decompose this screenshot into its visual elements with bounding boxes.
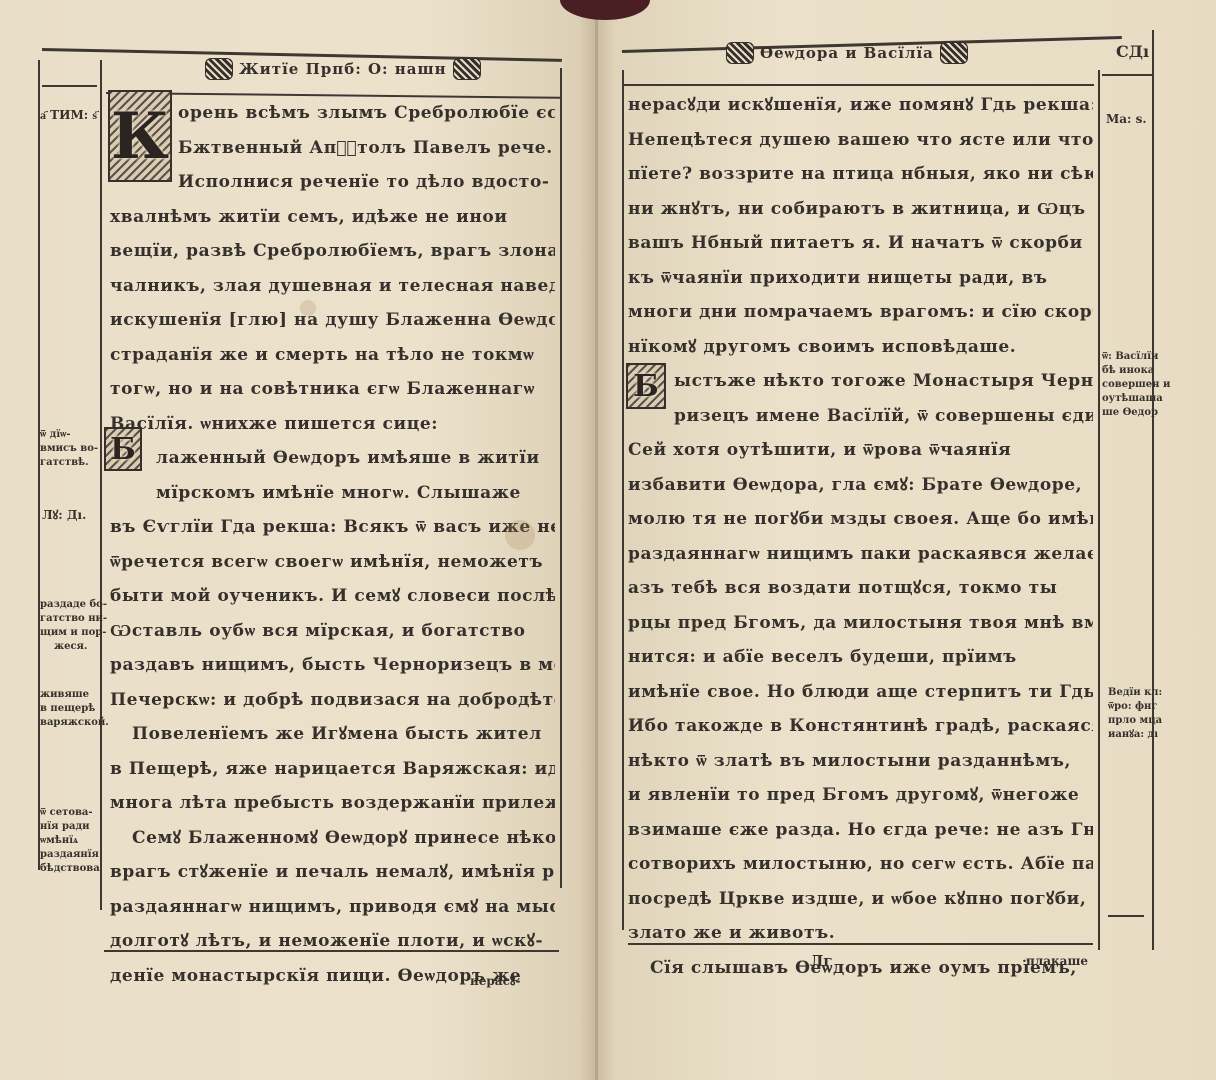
book-spread: Житїе Прпб: О: нашн а҃ ТИМ: ѕ҃ К Б орень… bbox=[0, 0, 1216, 1080]
text-end-rule bbox=[628, 943, 1093, 945]
margin-divider bbox=[1098, 70, 1100, 950]
text-line: Бжтвенный Апⷭ҇толъ Павелъ рече. bbox=[110, 131, 555, 166]
text-line: вашъ Нбный питаетъ я. И начатъ ѿ скорби bbox=[628, 226, 1093, 261]
left-text-column: орень всѣмъ злымъ Сребролюбїе єсть, Бжтв… bbox=[110, 96, 555, 993]
text-line: молю тя не погꙋби мзды своея. Аще бо имѣ… bbox=[628, 502, 1093, 537]
margin-note: ѿ: Васїлїи бѣ инока совершен и оутѣшаша … bbox=[1102, 350, 1170, 420]
text-line: Васїлїя. ѡнихже пишется сице: bbox=[110, 407, 555, 442]
margin-end-rule bbox=[1108, 915, 1144, 917]
text-line: ризецъ имене Васїлїй, ѿ совершены єди- bbox=[628, 399, 1093, 434]
running-header-text: Житїе Прпб: О: нашн bbox=[239, 60, 447, 78]
running-header-text: Ѳеѡдора и Васїлїа bbox=[760, 44, 934, 63]
text-line: пїете? воззрите на птица нбныя, яко ни с… bbox=[628, 157, 1093, 192]
margin-note: Ма: ѕ. bbox=[1106, 112, 1147, 126]
frame-right bbox=[1152, 30, 1154, 950]
text-line: чалникъ, злая душевная и телесная наведе… bbox=[110, 269, 555, 304]
text-line: Ѡставль оубѡ вся мїрская, и богатство bbox=[110, 614, 555, 649]
catchword: нерасꙋ- bbox=[470, 972, 521, 989]
folio-number: СДı bbox=[1116, 42, 1149, 61]
margin-note: Ведїи кл: ѿро: фнг прло мца ианꙋа: дı bbox=[1108, 686, 1162, 742]
text-line: Повеленїемъ же Игꙋмена бысть жител bbox=[110, 717, 555, 752]
text-line: Семꙋ Блаженномꙋ Ѳеѡдорꙋ принесе нѣкогда bbox=[110, 821, 555, 856]
text-line: лаженный Ѳеѡдоръ имѣяше в житїи bbox=[110, 441, 555, 476]
text-line: многи дни помрачаемъ врагомъ: и сїю скор… bbox=[628, 295, 1093, 330]
frame-right bbox=[560, 68, 562, 888]
text-line: рцы пред Бгомъ, да милостыня твоя мнѣ вм… bbox=[628, 606, 1093, 641]
text-line: Сей хотя оутѣшити, и ѿрова ѿчаянїя bbox=[628, 433, 1093, 468]
headpiece-ornament-icon bbox=[205, 58, 233, 80]
frame-left bbox=[622, 70, 624, 930]
text-line: Ибо такожде в Констянтинѣ градѣ, раскаяс… bbox=[628, 709, 1093, 744]
text-line: посредѣ Цркве издше, и ѡбое кꙋпно погꙋби… bbox=[628, 882, 1093, 917]
margin-rule bbox=[42, 85, 97, 87]
text-line: орень всѣмъ злымъ Сребролюбїе єсть, bbox=[110, 96, 555, 131]
text-line: въ Єѵглїи Гда рекша: Всякъ ѿ васъ иже не… bbox=[110, 510, 555, 545]
text-line: злато же и животъ. bbox=[628, 916, 1093, 951]
text-line: Исполнися реченїе то дѣло вдосто- bbox=[110, 165, 555, 200]
catchword: плакаше bbox=[1026, 954, 1088, 968]
text-line: нится: и абїе веселъ будеши, прїимъ bbox=[628, 640, 1093, 675]
headpiece-ornament-icon bbox=[726, 42, 754, 64]
text-line: многа лѣта пребысть воздержанїи прилежа. bbox=[110, 786, 555, 821]
right-text-column: нерасꙋди искꙋшенїя, иже помянꙋ Гдь рекша… bbox=[628, 88, 1093, 985]
text-line: вещїи, развѣ Сребролюбїемъ, врагъ злона- bbox=[110, 234, 555, 269]
text-line: ыстъже нѣкто тогоже Монастыря Черно- bbox=[628, 364, 1093, 399]
text-line: Непецѣтеся душею вашею что ясте или что bbox=[628, 123, 1093, 158]
header-rule-bottom bbox=[624, 84, 1094, 86]
text-line: къ ѿчаянїи приходити нищеты ради, въ bbox=[628, 261, 1093, 296]
text-line: избавити Ѳеѡдора, гла ємꙋ: Брате Ѳеѡдоре… bbox=[628, 468, 1093, 503]
text-line: искушенїя [глю] на душу Блаженна Ѳеѡдора… bbox=[110, 303, 555, 338]
text-line: ѿречется всегѡ своегѡ имѣнїя, неможетъ bbox=[110, 545, 555, 580]
text-line: хвалнѣмъ житїи семъ, идѣже не инои bbox=[110, 200, 555, 235]
text-line: страданїя же и смерть на тѣло не токмѡ bbox=[110, 338, 555, 373]
margin-note: ѿ дїѡ- вмисъ во- гатствѣ. bbox=[40, 428, 98, 470]
text-line: раздаяннагѡ нищимъ, приводя ємꙋ на мысль bbox=[110, 890, 555, 925]
margin-note: живяше в пещерѣ варяжской. bbox=[40, 688, 109, 730]
printers-signature: Лг bbox=[810, 952, 832, 970]
text-line: нерасꙋди искꙋшенїя, иже помянꙋ Гдь рекша… bbox=[628, 88, 1093, 123]
headpiece-ornament-icon bbox=[940, 42, 968, 64]
text-line: врагъ стꙋженїе и печаль немалꙋ, имѣнїя р… bbox=[110, 855, 555, 890]
left-page: Житїе Прпб: О: нашн а҃ ТИМ: ѕ҃ К Б орень… bbox=[0, 0, 596, 1080]
text-line: взимаше єже разда. Но єгда рече: не азъ … bbox=[628, 813, 1093, 848]
text-line: долготꙋ лѣтъ, и неможенїе плоти, и ѡскꙋ- bbox=[110, 924, 555, 959]
text-line: нїкомꙋ другомъ своимъ исповѣдаше. bbox=[628, 330, 1093, 365]
text-line: Сїя слышавъ Ѳеѡдоръ иже оумъ прїемъ, bbox=[628, 951, 1093, 986]
text-line: Печерскѡ: и добрѣ подвизася на добродѣте… bbox=[110, 683, 555, 718]
right-page: Ѳеѡдора и Васїлїа СДı Б нерасꙋди искꙋшен… bbox=[596, 0, 1216, 1080]
text-line: мїрскомъ имѣнїе многѡ. Слышаже bbox=[110, 476, 555, 511]
running-header: Житїе Прпб: О: нашн bbox=[205, 58, 481, 80]
margin-rule bbox=[1102, 74, 1152, 76]
text-line: в Пещерѣ, яже нарицается Варяжская: идѣж… bbox=[110, 752, 555, 787]
text-line: сотворихъ милостыню, но сегѡ єсть. Абїе … bbox=[628, 847, 1093, 882]
text-line: раздавъ нищимъ, бысть Черноризецъ в мона… bbox=[110, 648, 555, 683]
text-end-rule bbox=[104, 950, 559, 952]
text-line: нѣкто ѿ златѣ въ милостыни разданнѣмъ, bbox=[628, 744, 1093, 779]
margin-note: Лꙋ: Дı. bbox=[42, 508, 86, 522]
text-line: ни жнꙋтъ, ни собираютъ в житница, и Ѡцъ bbox=[628, 192, 1093, 227]
headpiece-ornament-icon bbox=[453, 58, 481, 80]
running-header: Ѳеѡдора и Васїлїа bbox=[726, 42, 968, 64]
text-line: быти мой оученикъ. И семꙋ словеси послѣд… bbox=[110, 579, 555, 614]
paper-stain bbox=[505, 520, 535, 550]
book-gutter bbox=[595, 0, 598, 1080]
margin-divider bbox=[100, 60, 102, 910]
text-line: и явленїи то пред Бгомъ другомꙋ, ѿнегоже bbox=[628, 778, 1093, 813]
text-line: азъ тебѣ вся воздати потщꙋся, токмо ты bbox=[628, 571, 1093, 606]
margin-note: раздаде бо- гатство ни- щим и пор- жеся. bbox=[40, 598, 107, 654]
margin-reference: а҃ ТИМ: ѕ҃ bbox=[40, 108, 97, 122]
text-line: имѣнїе свое. Но блюди аще стерпитъ ти Гд… bbox=[628, 675, 1093, 710]
margin-note: ѿ сетова- нїя ради ѡмѣнїѧ раздаянїя бѣдс… bbox=[40, 806, 100, 876]
paper-stain bbox=[300, 300, 316, 316]
text-line: раздаяннагѡ нищимъ паки раскаявся желаеш… bbox=[628, 537, 1093, 572]
text-line: тогѡ, но и на совѣтника єгѡ Блаженнагѡ bbox=[110, 372, 555, 407]
